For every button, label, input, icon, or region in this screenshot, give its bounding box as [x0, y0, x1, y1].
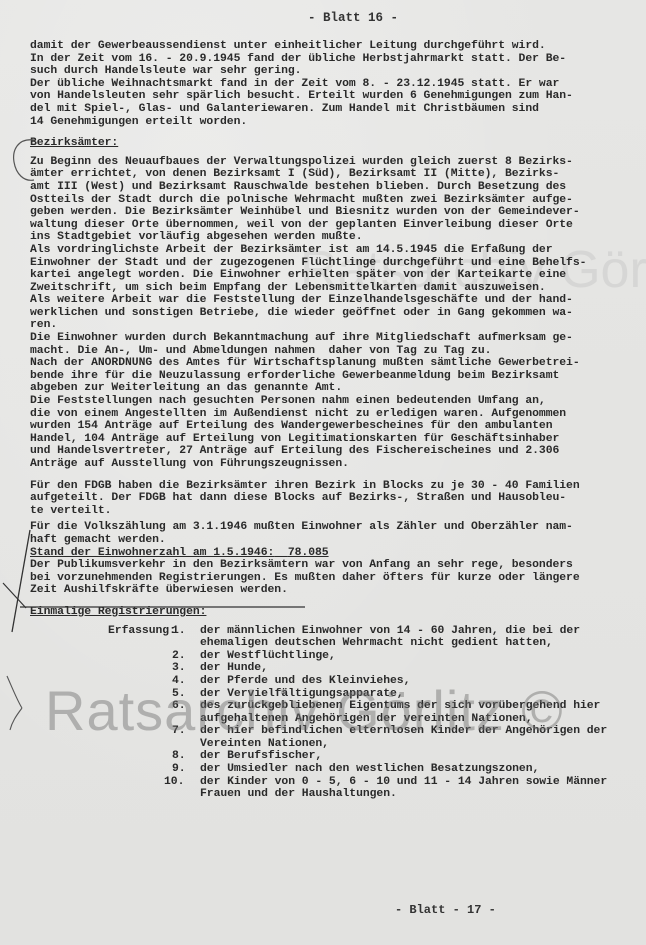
registration-number: 5. — [172, 688, 186, 701]
text-line: Der übliche Weihnachtsmarkt fand in der … — [30, 78, 630, 91]
text-line: und Handelsvertreter, 27 Anträge auf Ert… — [30, 445, 630, 458]
registration-item: 9.der Umsiedler nach den westlichen Besa… — [30, 763, 630, 776]
registration-item: 10.der Kinder von 0 - 5, 6 - 10 und 11 -… — [30, 776, 630, 789]
registration-item: 4.der Pferde und des Kleinviehes, — [30, 675, 630, 688]
registration-text: der Vervielfältigungsapparate, — [200, 688, 404, 700]
text-line: 14 Genehmigungen erteilt worden. — [30, 116, 630, 129]
text-line: te verteilt. — [30, 505, 630, 518]
text-line: Einwohner der Stadt und der zugezogenen … — [30, 257, 630, 270]
registration-text: der Kinder von 0 - 5, 6 - 10 und 11 - 14… — [200, 776, 607, 788]
text-line: aufgeteilt. Der FDGB hat dann diese Bloc… — [30, 492, 630, 505]
registration-number: 8. — [172, 750, 186, 763]
text-line: Handel, 104 Anträge auf Erteilung von Le… — [30, 433, 630, 446]
text-line: In der Zeit vom 16. - 20.9.1945 fand der… — [30, 53, 630, 66]
registration-text: der Umsiedler nach den westlichen Besatz… — [200, 763, 539, 775]
text-line: geben werden. Die Bezirksämter Weinhübel… — [30, 206, 630, 219]
registration-text: der Berufsfischer, — [200, 750, 322, 762]
population-label: Stand der Einwohnerzahl am 1.5.1946: — [30, 547, 274, 559]
text-line: Als vordringlichste Arbeit der Bezirksäm… — [30, 244, 630, 257]
registration-number: 4. — [172, 675, 186, 688]
registration-text: der männlichen Einwohner von 14 - 60 Jah… — [200, 625, 580, 637]
registration-text: der Pferde und des Kleinviehes, — [200, 675, 410, 687]
text-line: Nach der ANORDNUNG des Amtes für Wirtsch… — [30, 357, 630, 370]
registration-number: 9. — [172, 763, 186, 776]
text-line: Die Feststellungen nach gesuchten Person… — [30, 395, 630, 408]
text-line: kartei angelegt worden. Die Einwohner er… — [30, 269, 630, 282]
text-line: werklichen und sonstigen Betriebe, die w… — [30, 307, 630, 320]
text-line: such durch Handelsleute war sehr gering. — [30, 65, 630, 78]
registration-item: Vereinten Nationen, — [30, 738, 630, 751]
registration-text: ehemaligen deutschen Wehrmacht nicht ged… — [200, 637, 553, 649]
registration-text: des zurückgebliebenen Eigentums der sich… — [200, 700, 600, 712]
text-line: Ostteils der Stadt durch die polnische W… — [30, 194, 630, 207]
registrations-list: Erfassung:1.der männlichen Einwohner von… — [30, 625, 630, 801]
text-line: haft gemacht werden. — [30, 534, 630, 547]
page-footer: - Blatt - 17 - — [395, 903, 496, 917]
registration-number: 6. — [172, 700, 186, 713]
text-line: damit der Gewerbeaussendienst unter einh… — [30, 40, 630, 53]
registration-item: ehemaligen deutschen Wehrmacht nicht ged… — [30, 637, 630, 650]
registration-text: Frauen und der Haushaltungen. — [200, 788, 397, 800]
text-line: Für die Volkszählung am 3.1.1946 mußten … — [30, 521, 630, 534]
text-line: Zeit Aushilfskräfte überwiesen werden. — [30, 584, 630, 597]
text-line: abgeben zur Weiterleitung an das genannt… — [30, 382, 630, 395]
registrations-label: Erfassung: — [108, 625, 176, 638]
text-line: macht. Die An-, Um- und Abmeldungen nahm… — [30, 345, 630, 358]
registration-item: 8.der Berufsfischer, — [30, 750, 630, 763]
registration-item: 7.der hier befindlichen elternlosen Kind… — [30, 725, 630, 738]
registration-text: der Hunde, — [200, 662, 268, 674]
document-page: Ratsarchiv Görlitz © - Blatt 16 - damit … — [0, 0, 646, 945]
section-publikumsverkehr: Der Publikumsverkehr in den Bezirksämter… — [30, 559, 630, 597]
registration-item: aufgehaltenen Angehörigen der vereinten … — [30, 713, 630, 726]
text-line: wurden 154 Anträge auf Erteilung des Wan… — [30, 420, 630, 433]
text-line: ämter errichtet, von denen Bezirksamt I … — [30, 168, 630, 181]
registration-number: 1. — [172, 625, 186, 638]
text-line: ins Stadtgebiet vorläufig abgesehen werd… — [30, 231, 630, 244]
text-line: Der Publikumsverkehr in den Bezirksämter… — [30, 559, 630, 572]
section-bezirksaemter: Zu Beginn des Neuaufbaues der Verwaltung… — [30, 156, 630, 471]
text-line: amt III (West) und Bezirksamt Rauschwald… — [30, 181, 630, 194]
section-heading-bezirksaemter: Bezirksämter: — [30, 137, 630, 150]
text-line: bei vorzunehmenden Registrierungen. Es m… — [30, 572, 630, 585]
text-line: Als weitere Arbeit war die Feststellung … — [30, 294, 630, 307]
registration-text: der hier befindlichen elternlosen Kinder… — [200, 725, 607, 737]
section-heading-registrierungen: Einmalige Registrierungen: — [30, 606, 630, 619]
text-line: Anträge auf Ausstellung von Führungszeug… — [30, 458, 630, 471]
text-line: Zu Beginn des Neuaufbaues der Verwaltung… — [30, 156, 630, 169]
registration-number: 3. — [172, 662, 186, 675]
registration-item: 6.des zurückgebliebenen Eigentums der si… — [30, 700, 630, 713]
registration-item: 2.der Westflüchtlinge, — [30, 650, 630, 663]
text-line: bende ihre für die Neuzulassung erforder… — [30, 370, 630, 383]
margin-cross-mark — [4, 672, 28, 732]
population-value: 78.085 — [288, 547, 329, 559]
registration-text: Vereinten Nationen, — [200, 738, 329, 750]
text-line: del mit Spiel-, Glas- und Galanterieware… — [30, 103, 630, 116]
intro-paragraph: damit der Gewerbeaussendienst unter einh… — [30, 40, 630, 128]
text-line: Für den FDGB haben die Bezirksämter ihre… — [30, 480, 630, 493]
registration-number: 2. — [172, 650, 186, 663]
registration-item: Frauen und der Haushaltungen. — [30, 788, 630, 801]
registration-item: 3.der Hunde, — [30, 662, 630, 675]
registration-number: 10. — [164, 776, 184, 789]
text-line: Zweitschrift, um sich beim Empfang der L… — [30, 282, 630, 295]
page-header: - Blatt 16 - — [0, 11, 646, 25]
text-line: Die Einwohner wurden durch Bekanntmachun… — [30, 332, 630, 345]
registration-text: aufgehaltenen Angehörigen der vereinten … — [200, 713, 533, 725]
registration-item: 5.der Vervielfältigungsapparate, — [30, 688, 630, 701]
section-fdgb: Für den FDGB haben die Bezirksämter ihre… — [30, 480, 630, 547]
registration-number: 7. — [172, 725, 186, 738]
text-line: von Handelsleuten sehr spärlich besucht.… — [30, 90, 630, 103]
document-body: damit der Gewerbeaussendienst unter einh… — [30, 40, 630, 801]
text-line: ren. — [30, 319, 630, 332]
registration-item: Erfassung:1.der männlichen Einwohner von… — [30, 625, 630, 638]
text-line: waltung dieser Orte übernommen, weil von… — [30, 219, 630, 232]
population-line: Stand der Einwohnerzahl am 1.5.1946: 78.… — [30, 547, 630, 560]
text-line: die von einem Angestellten im Außendiens… — [30, 408, 630, 421]
registration-text: der Westflüchtlinge, — [200, 650, 336, 662]
